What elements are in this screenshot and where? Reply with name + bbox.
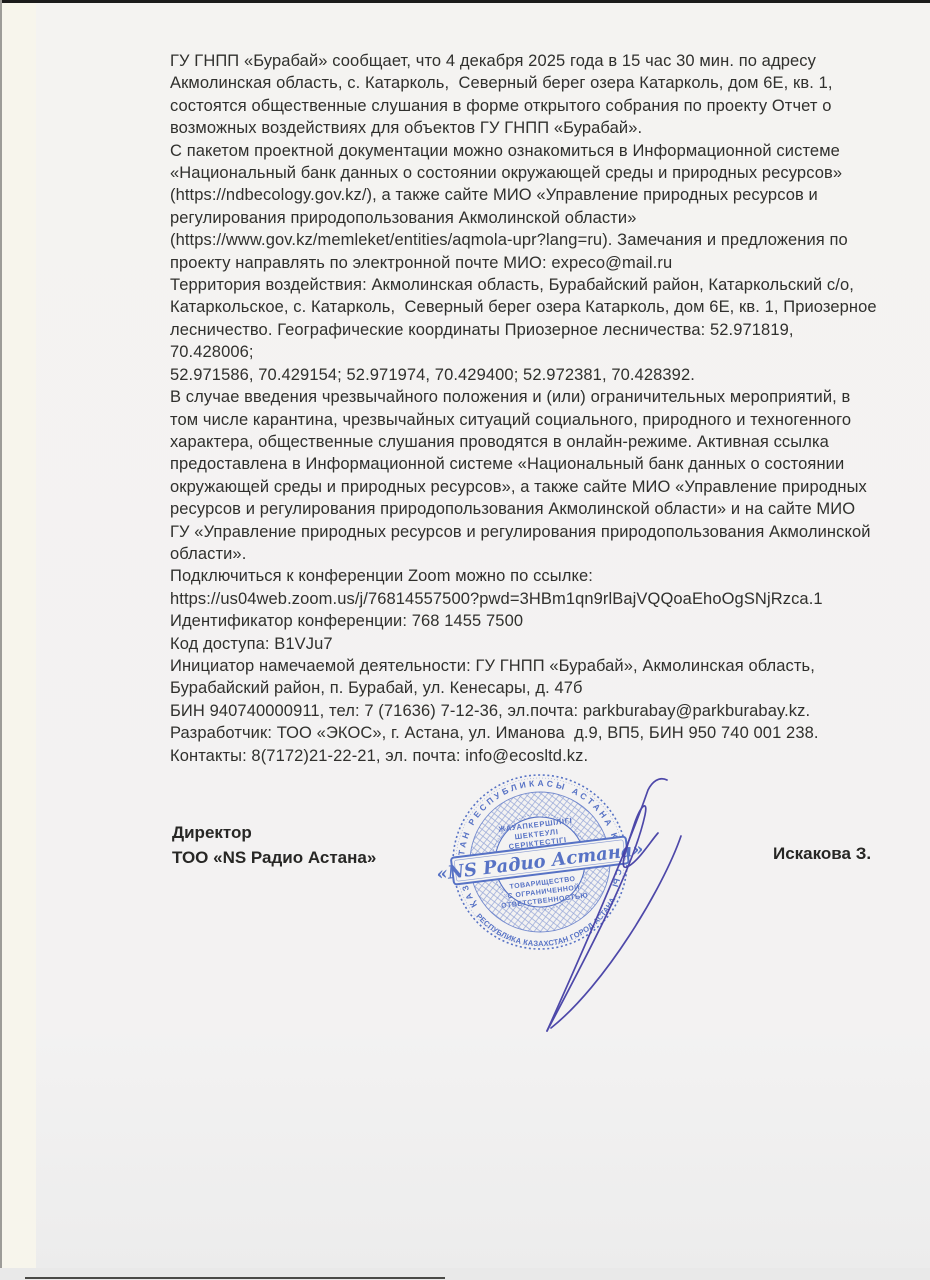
document-line: Инициатор намечаемой деятельности: ГУ ГН… bbox=[170, 655, 880, 677]
scan-top-edge bbox=[0, 0, 930, 3]
document-line: 52.971586, 70.429154; 52.971974, 70.4294… bbox=[170, 364, 880, 386]
document-line: предоставлена в Информационной системе «… bbox=[170, 453, 880, 475]
document-line: (https://www.gov.kz/memleket/entities/aq… bbox=[170, 229, 880, 251]
document-line: лесничество. Географические координаты П… bbox=[170, 319, 880, 364]
document-line: состоятся общественные слушания в форме … bbox=[170, 95, 880, 117]
scan-bottom-edge bbox=[25, 1277, 445, 1279]
document-line: ресурсов и регулирования природопользова… bbox=[170, 498, 880, 520]
scan-left-margin-strip bbox=[2, 3, 36, 1280]
document-line: «Национальный банк данных о состоянии ок… bbox=[170, 162, 880, 184]
document-line: возможных воздействиях для объектов ГУ Г… bbox=[170, 117, 880, 139]
document-line: ГУ «Управление природных ресурсов и регу… bbox=[170, 521, 880, 543]
document-line: (https://ndbecology.gov.kz/), а также са… bbox=[170, 184, 880, 206]
document-line: окружающей среды и природных ресурсов», … bbox=[170, 476, 880, 498]
document-line: С пакетом проектной документации можно о… bbox=[170, 140, 880, 162]
company-stamp: ҚАЗАҚСТАН РЕСПУБЛИКАСЫ АСТАНА ҚАЛАСЫ РЕС… bbox=[420, 735, 740, 1060]
document-line: Акмолинская область, с. Катарколь, Север… bbox=[170, 72, 880, 94]
scan-left-edge bbox=[0, 0, 2, 1280]
scanned-document-page: ГУ ГНПП «Бурабай» сообщает, что 4 декабр… bbox=[0, 0, 930, 1280]
document-line: Бурабайский район, п. Бурабай, ул. Кенес… bbox=[170, 677, 880, 699]
signer-title: Директор bbox=[172, 820, 376, 845]
signer-name: Искакова З. bbox=[773, 844, 871, 864]
document-line: Код доступа: B1VJu7 bbox=[170, 633, 880, 655]
document-line: ГУ ГНПП «Бурабай» сообщает, что 4 декабр… bbox=[170, 50, 880, 72]
document-line: Катаркольское, с. Катарколь, Северный бе… bbox=[170, 296, 880, 318]
document-line: том числе карантина, чрезвычайных ситуац… bbox=[170, 409, 880, 431]
document-line: проекту направлять по электронной почте … bbox=[170, 252, 880, 274]
document-line: БИН 940740000911, тел: 7 (71636) 7-12-36… bbox=[170, 700, 880, 722]
document-line: Идентификатор конференции: 768 1455 7500 bbox=[170, 610, 880, 632]
document-line: В случае введения чрезвычайного положени… bbox=[170, 386, 880, 408]
notice-text-block: ГУ ГНПП «Бурабай» сообщает, что 4 декабр… bbox=[170, 50, 880, 767]
document-line: Подключиться к конференции Zoom можно по… bbox=[170, 565, 880, 587]
document-line: Территория воздействия: Акмолинская обла… bbox=[170, 274, 880, 296]
document-line: области». bbox=[170, 543, 880, 565]
document-line: https://us04web.zoom.us/j/76814557500?pw… bbox=[170, 588, 880, 610]
signer-company: ТОО «NS Радио Астана» bbox=[172, 845, 376, 870]
document-line: регулирования природопользования Акмолин… bbox=[170, 207, 880, 229]
document-line: характера, общественные слушания проводя… bbox=[170, 431, 880, 453]
signer-block: Директор ТОО «NS Радио Астана» bbox=[172, 820, 376, 870]
